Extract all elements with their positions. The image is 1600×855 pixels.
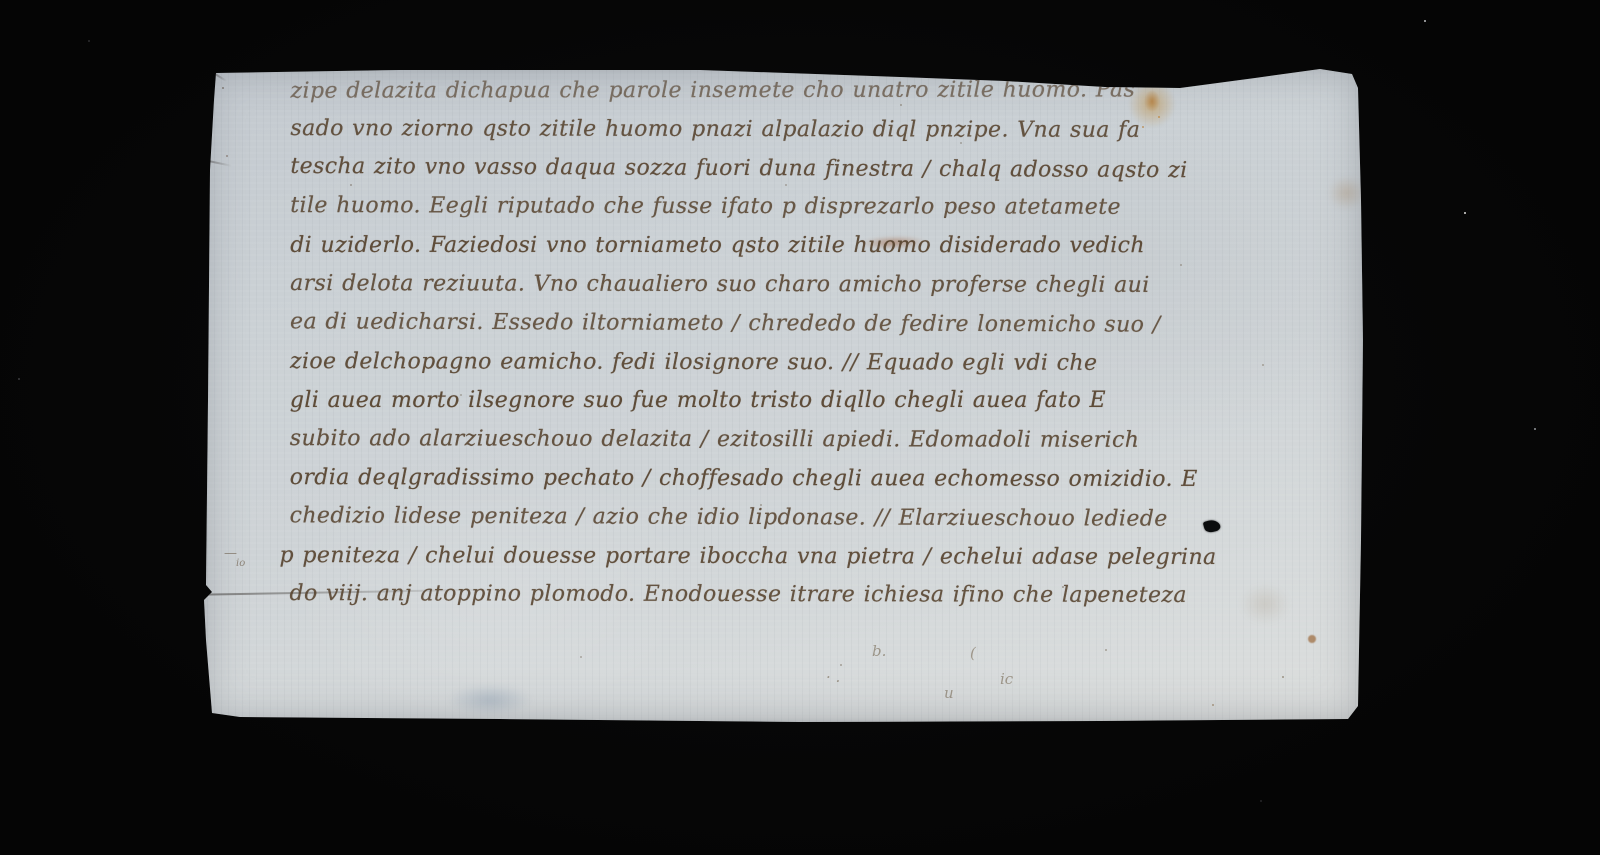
- photo-background: zipe delazita dichapua che parole inseme…: [0, 0, 1600, 855]
- manuscript-page: zipe delazita dichapua che parole inseme…: [200, 64, 1366, 724]
- paper-vignette: [200, 64, 1366, 724]
- background-specks: [0, 0, 2, 2]
- paper-specks: [200, 64, 202, 66]
